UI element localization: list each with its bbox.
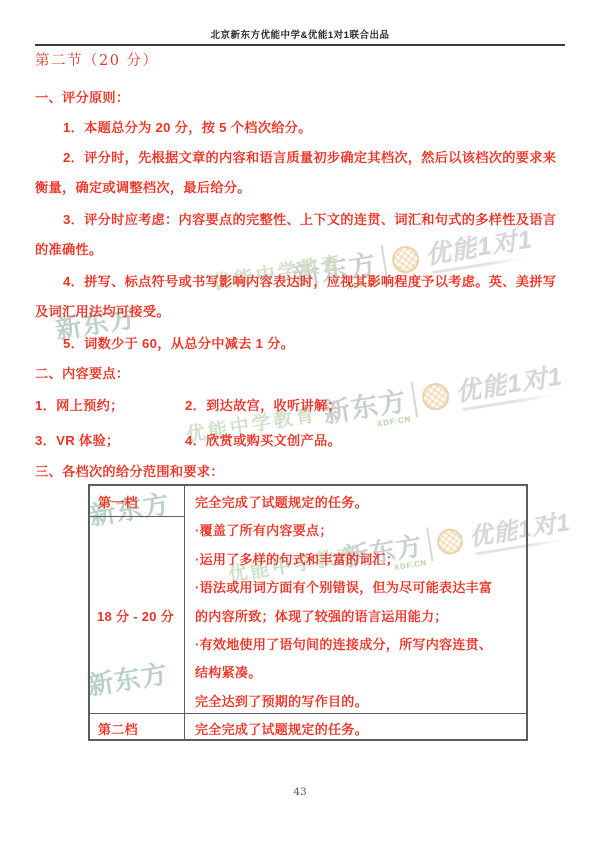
band1-detail-line: 完全完成了试题规定的任务。 bbox=[195, 489, 518, 517]
principle-line: 1．本题总分为 20 分，按 5 个档次给分。 bbox=[35, 118, 570, 138]
band1-detail-line: ·覆盖了所有内容要点； bbox=[195, 517, 518, 545]
principles-title: 一、评分原则： bbox=[35, 88, 570, 108]
principle-line: 2．评分时，先根据文章的内容和语言质量初步确定其档次，然后以该档次的要求来 bbox=[35, 148, 570, 168]
document-page: 新东方XDF.CN 优能1对1 优能中学教育 新东方XDF.CN 新东方XDF.… bbox=[0, 0, 600, 848]
page-number: 43 bbox=[0, 786, 600, 798]
bands-title: 三、各档次的给分范围和要求： bbox=[35, 462, 570, 482]
band1-detail-line: ·有效地使用了语句间的连接成分，所写内容连贯、 bbox=[195, 631, 518, 659]
band1-detail-line: 完全达到了预期的写作目的。 bbox=[195, 688, 518, 716]
band2-desc-cell: 完全完成了试题规定的任务。 bbox=[185, 713, 526, 741]
band1-score-cell: 18 分 - 20 分 bbox=[90, 517, 185, 713]
principle-line: 及词汇用法均可接受。 bbox=[35, 302, 570, 322]
points-row: 1．网上预约； 2．到达故宫，收听讲解； bbox=[35, 396, 570, 416]
band1-detail-line: 的内容所致；体现了较强的语言运用能力； bbox=[195, 603, 518, 631]
points-title: 二、内容要点： bbox=[35, 364, 570, 384]
scoring-band-table: 第一档 18 分 - 20 分 完全完成了试题规定的任务。 ·覆盖了所有内容要点… bbox=[88, 484, 528, 741]
principle-line: 4．拼写、标点符号或书写影响内容表达时，应视其影响程度予以考虑。英、美拼写 bbox=[35, 272, 570, 292]
points-row: 3．VR 体验； 4．欣赏或购买文创产品。 bbox=[35, 431, 570, 451]
publisher-header: 北京新东方优能中学&优能1对1联合出品 bbox=[0, 27, 600, 41]
point-item: 1．网上预约； bbox=[35, 398, 124, 413]
band2-level-cell: 第二档 bbox=[90, 713, 185, 741]
principle-line: 的准确性。 bbox=[35, 240, 570, 260]
principle-line: 5．词数少于 60，从总分中减去 1 分。 bbox=[35, 334, 570, 354]
band1-level-cell: 第一档 bbox=[90, 486, 185, 517]
point-item: 3．VR 体验； bbox=[35, 433, 119, 448]
point-item: 4．欣赏或购买文创产品。 bbox=[185, 431, 341, 451]
band1-detail-line: ·语法或用词方面有个别错误，但为尽可能表达丰富 bbox=[195, 574, 518, 602]
header-rule bbox=[35, 44, 565, 46]
section-heading: 第二节（20 分） bbox=[35, 51, 570, 71]
principle-line: 衡量，确定或调整档次，最后给分。 bbox=[35, 178, 570, 198]
band1-detail-line: 结构紧凑。 bbox=[195, 659, 518, 687]
band1-detail-line: ·运用了多样的句式和丰富的词汇； bbox=[195, 546, 518, 574]
watermark-brand-sub: XDF.CN bbox=[376, 415, 412, 428]
principle-line: 3．评分时应考虑：内容要点的完整性、上下文的连贯、词汇和句式的多样性及语言 bbox=[35, 210, 570, 230]
band1-details-cell: 完全完成了试题规定的任务。 ·覆盖了所有内容要点； ·运用了多样的句式和丰富的词… bbox=[185, 486, 526, 713]
point-item: 2．到达故宫，收听讲解； bbox=[185, 396, 341, 416]
